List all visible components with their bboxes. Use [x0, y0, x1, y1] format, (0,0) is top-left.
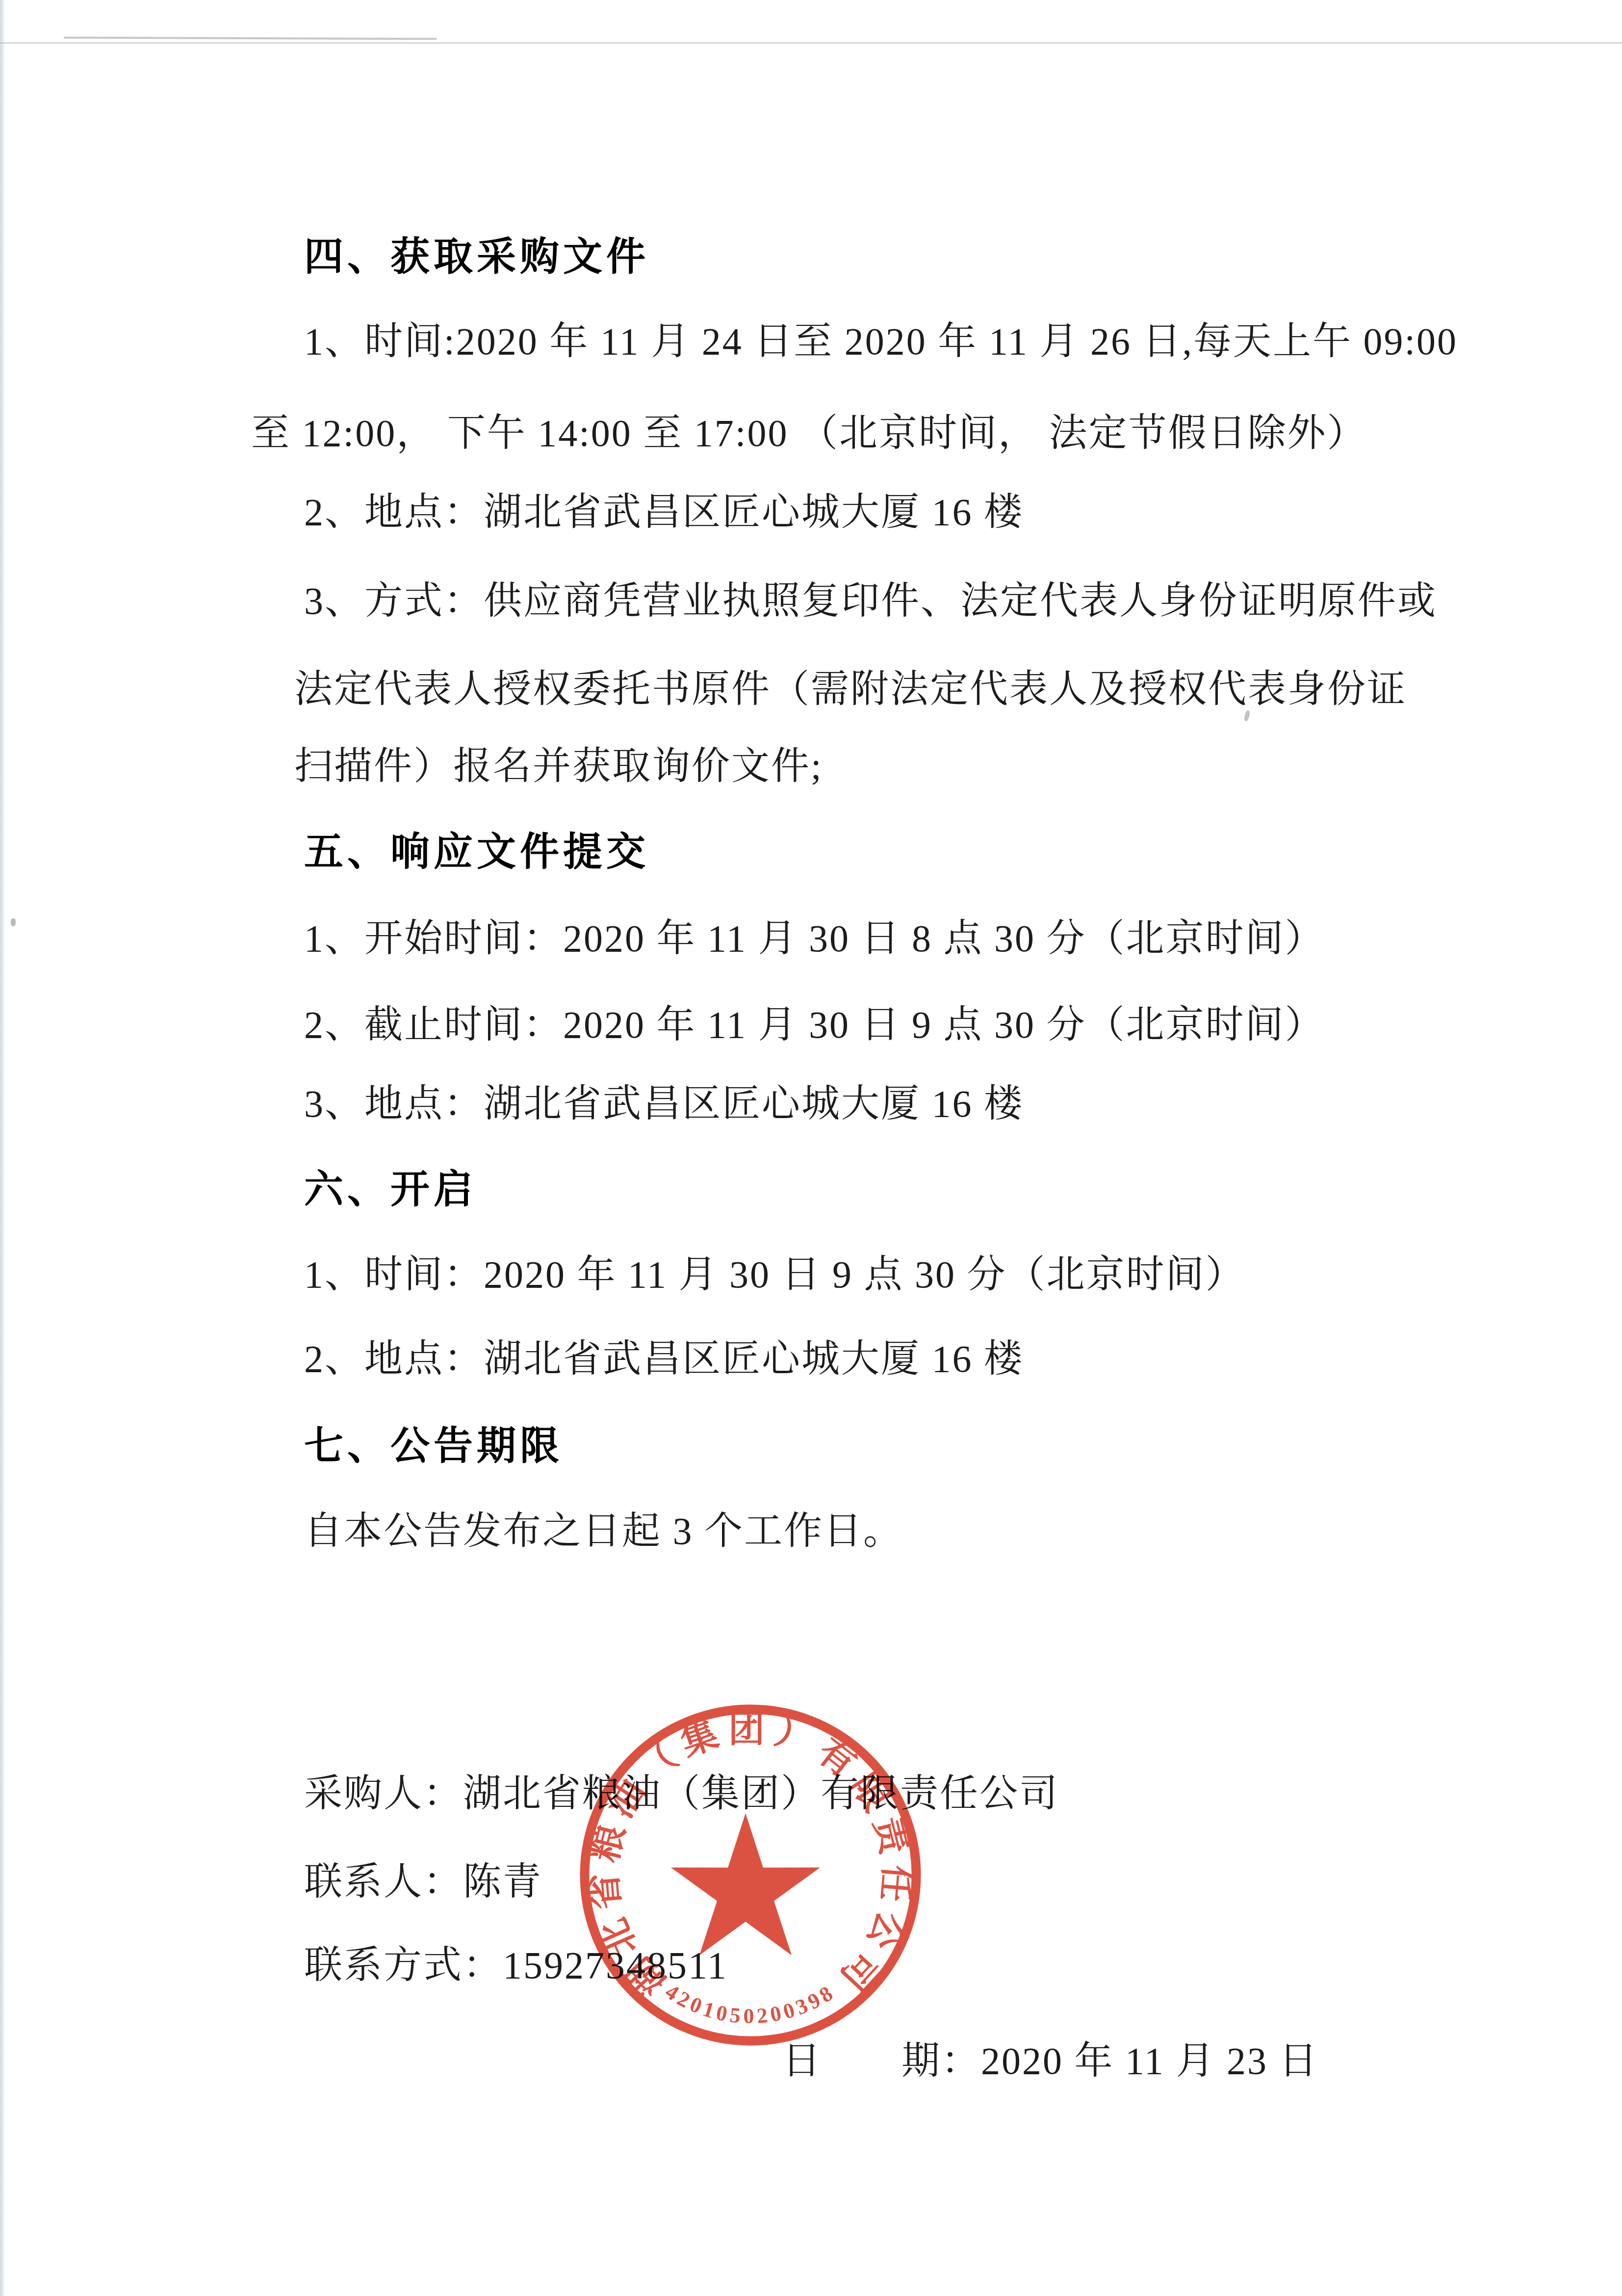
doc-line: 扫描件）报名并获取询价文件;	[294, 735, 823, 790]
doc-line: 2、截止时间：2020 年 11 月 30 日 9 点 30 分（北京时间）	[304, 994, 1325, 1049]
doc-line: 至 12:00， 下午 14:00 至 17:00 （北京时间， 法定节假日除外…	[251, 402, 1367, 457]
section7-heading: 七、公告期限	[304, 1414, 563, 1470]
star-icon	[671, 1813, 820, 1955]
doc-line: 2、地点：湖北省武昌区匠心城大厦 16 楼	[304, 1328, 1024, 1383]
doc-line: 自本公告发布之日起 3 个工作日。	[304, 1500, 903, 1555]
purchaser-line: 采购人：湖北省粮油（集团）有限责任公司	[304, 1763, 1059, 1818]
doc-line: 法定代表人授权委托书原件（需附法定代表人及授权代表身份证	[294, 658, 1407, 713]
scan-edge-shadow	[0, 0, 4, 2296]
stamp-ring	[585, 1709, 916, 2041]
phone-line: 联系方式：15927348511	[304, 1934, 728, 1989]
scan-line-artifact	[64, 37, 437, 40]
section6-heading: 六、开启	[304, 1157, 477, 1214]
doc-line: 1、时间：2020 年 11 月 30 日 9 点 30 分（北京时间）	[304, 1244, 1245, 1299]
doc-line: 2、地点：湖北省武昌区匠心城大厦 16 楼	[304, 481, 1024, 536]
doc-line: 1、时间:2020 年 11 月 24 日至 2020 年 11 月 26 日,…	[304, 311, 1458, 365]
scan-line-artifact	[0, 42, 1622, 44]
doc-line: 3、地点：湖北省武昌区匠心城大厦 16 楼	[304, 1073, 1024, 1128]
scanned-document-page: 四、获取采购文件 1、时间:2020 年 11 月 24 日至 2020 年 1…	[0, 0, 1622, 2296]
doc-line: 3、方式：供应商凭营业执照复印件、法定代表人身份证明原件或	[304, 570, 1437, 625]
date-line: 日 期：2020 年 11 月 23 日	[782, 2030, 1319, 2085]
official-seal-stamp: 湖北省粮油（集团）有限责任公司 4201050200398	[574, 1698, 927, 2052]
section5-heading: 五、响应文件提交	[304, 820, 649, 876]
doc-line: 1、开始时间：2020 年 11 月 30 日 8 点 30 分（北京时间）	[304, 908, 1325, 963]
contact-line: 联系人：陈青	[304, 1851, 542, 1906]
scan-speck	[11, 918, 16, 926]
section4-heading: 四、获取采购文件	[304, 225, 649, 281]
